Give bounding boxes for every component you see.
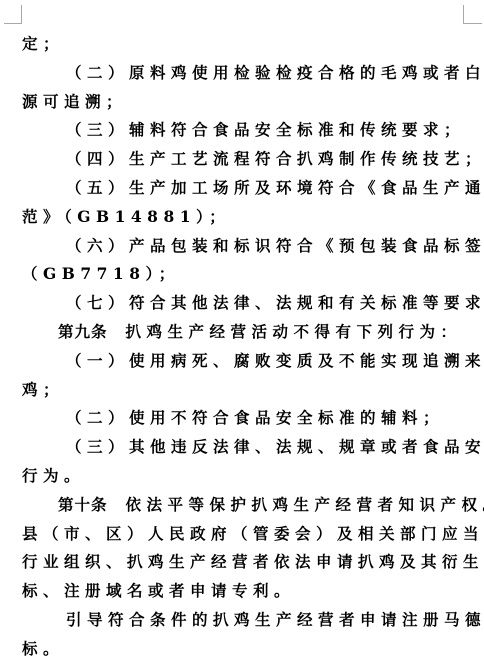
corner-vertical-line — [21, 5, 22, 24]
text-line: （二）使用不符合食品安全标准的辅料； — [22, 404, 464, 433]
text-line: 标、注册域名或者申请专利。 — [22, 577, 464, 606]
text-line: （六）产品包装和标识符合《预包装食品标签通则》 — [22, 232, 464, 261]
article-heading-line: 第十条依法平等保护扒鸡生产经营者知识产权。市、 — [22, 491, 464, 520]
text-line: （一）使用病死、腐败变质及不能实现追溯来源的原料 — [22, 347, 464, 376]
text-line: 定； — [22, 30, 464, 59]
corner-horizontal-line — [463, 23, 482, 24]
text-line: 标。 — [22, 635, 464, 660]
text-line: （三）辅料符合食品安全标准和传统要求； — [22, 116, 464, 145]
text-line: 源可追溯； — [22, 88, 464, 117]
text-line: 行业组织、扒鸡生产经营者依法申请扒鸡及其衍生品注册商 — [22, 548, 464, 577]
text-line: （七）符合其他法律、法规和有关标准等要求。 — [22, 289, 464, 318]
text-line: 引导符合条件的扒鸡生产经营者申请注册马德里国际商 — [22, 606, 464, 635]
text-line: 行为。 — [22, 462, 464, 491]
text-line: （五）生产加工场所及环境符合《食品生产通用卫生规 — [22, 174, 464, 203]
text-line: （二）原料鸡使用检验检疫合格的毛鸡或者白条鸡，来 — [22, 59, 464, 88]
text-line: （三）其他违反法律、法规、规章或者食品安全标准的 — [22, 433, 464, 462]
article-heading-line: 第九条扒鸡生产经营活动不得有下列行为： — [22, 318, 464, 347]
text-line: 范》（GB14881）； — [22, 203, 464, 232]
text-line: 鸡； — [22, 376, 464, 405]
corner-vertical-line — [463, 5, 464, 24]
text-line: （四）生产工艺流程符合扒鸡制作传统技艺； — [22, 145, 464, 174]
corner-horizontal-line — [4, 23, 22, 24]
document-page[interactable]: 定； （二）原料鸡使用检验检疫合格的毛鸡或者白条鸡，来 源可追溯； （三）辅料符… — [22, 30, 464, 660]
text-line: 县（市、区）人民政府（管委会）及相关部门应当鼓励扒鸡 — [22, 520, 464, 549]
article-number: 第十条 — [58, 496, 108, 514]
text-line: （GB7718）； — [22, 260, 464, 289]
article-number: 第九条 — [58, 323, 108, 341]
